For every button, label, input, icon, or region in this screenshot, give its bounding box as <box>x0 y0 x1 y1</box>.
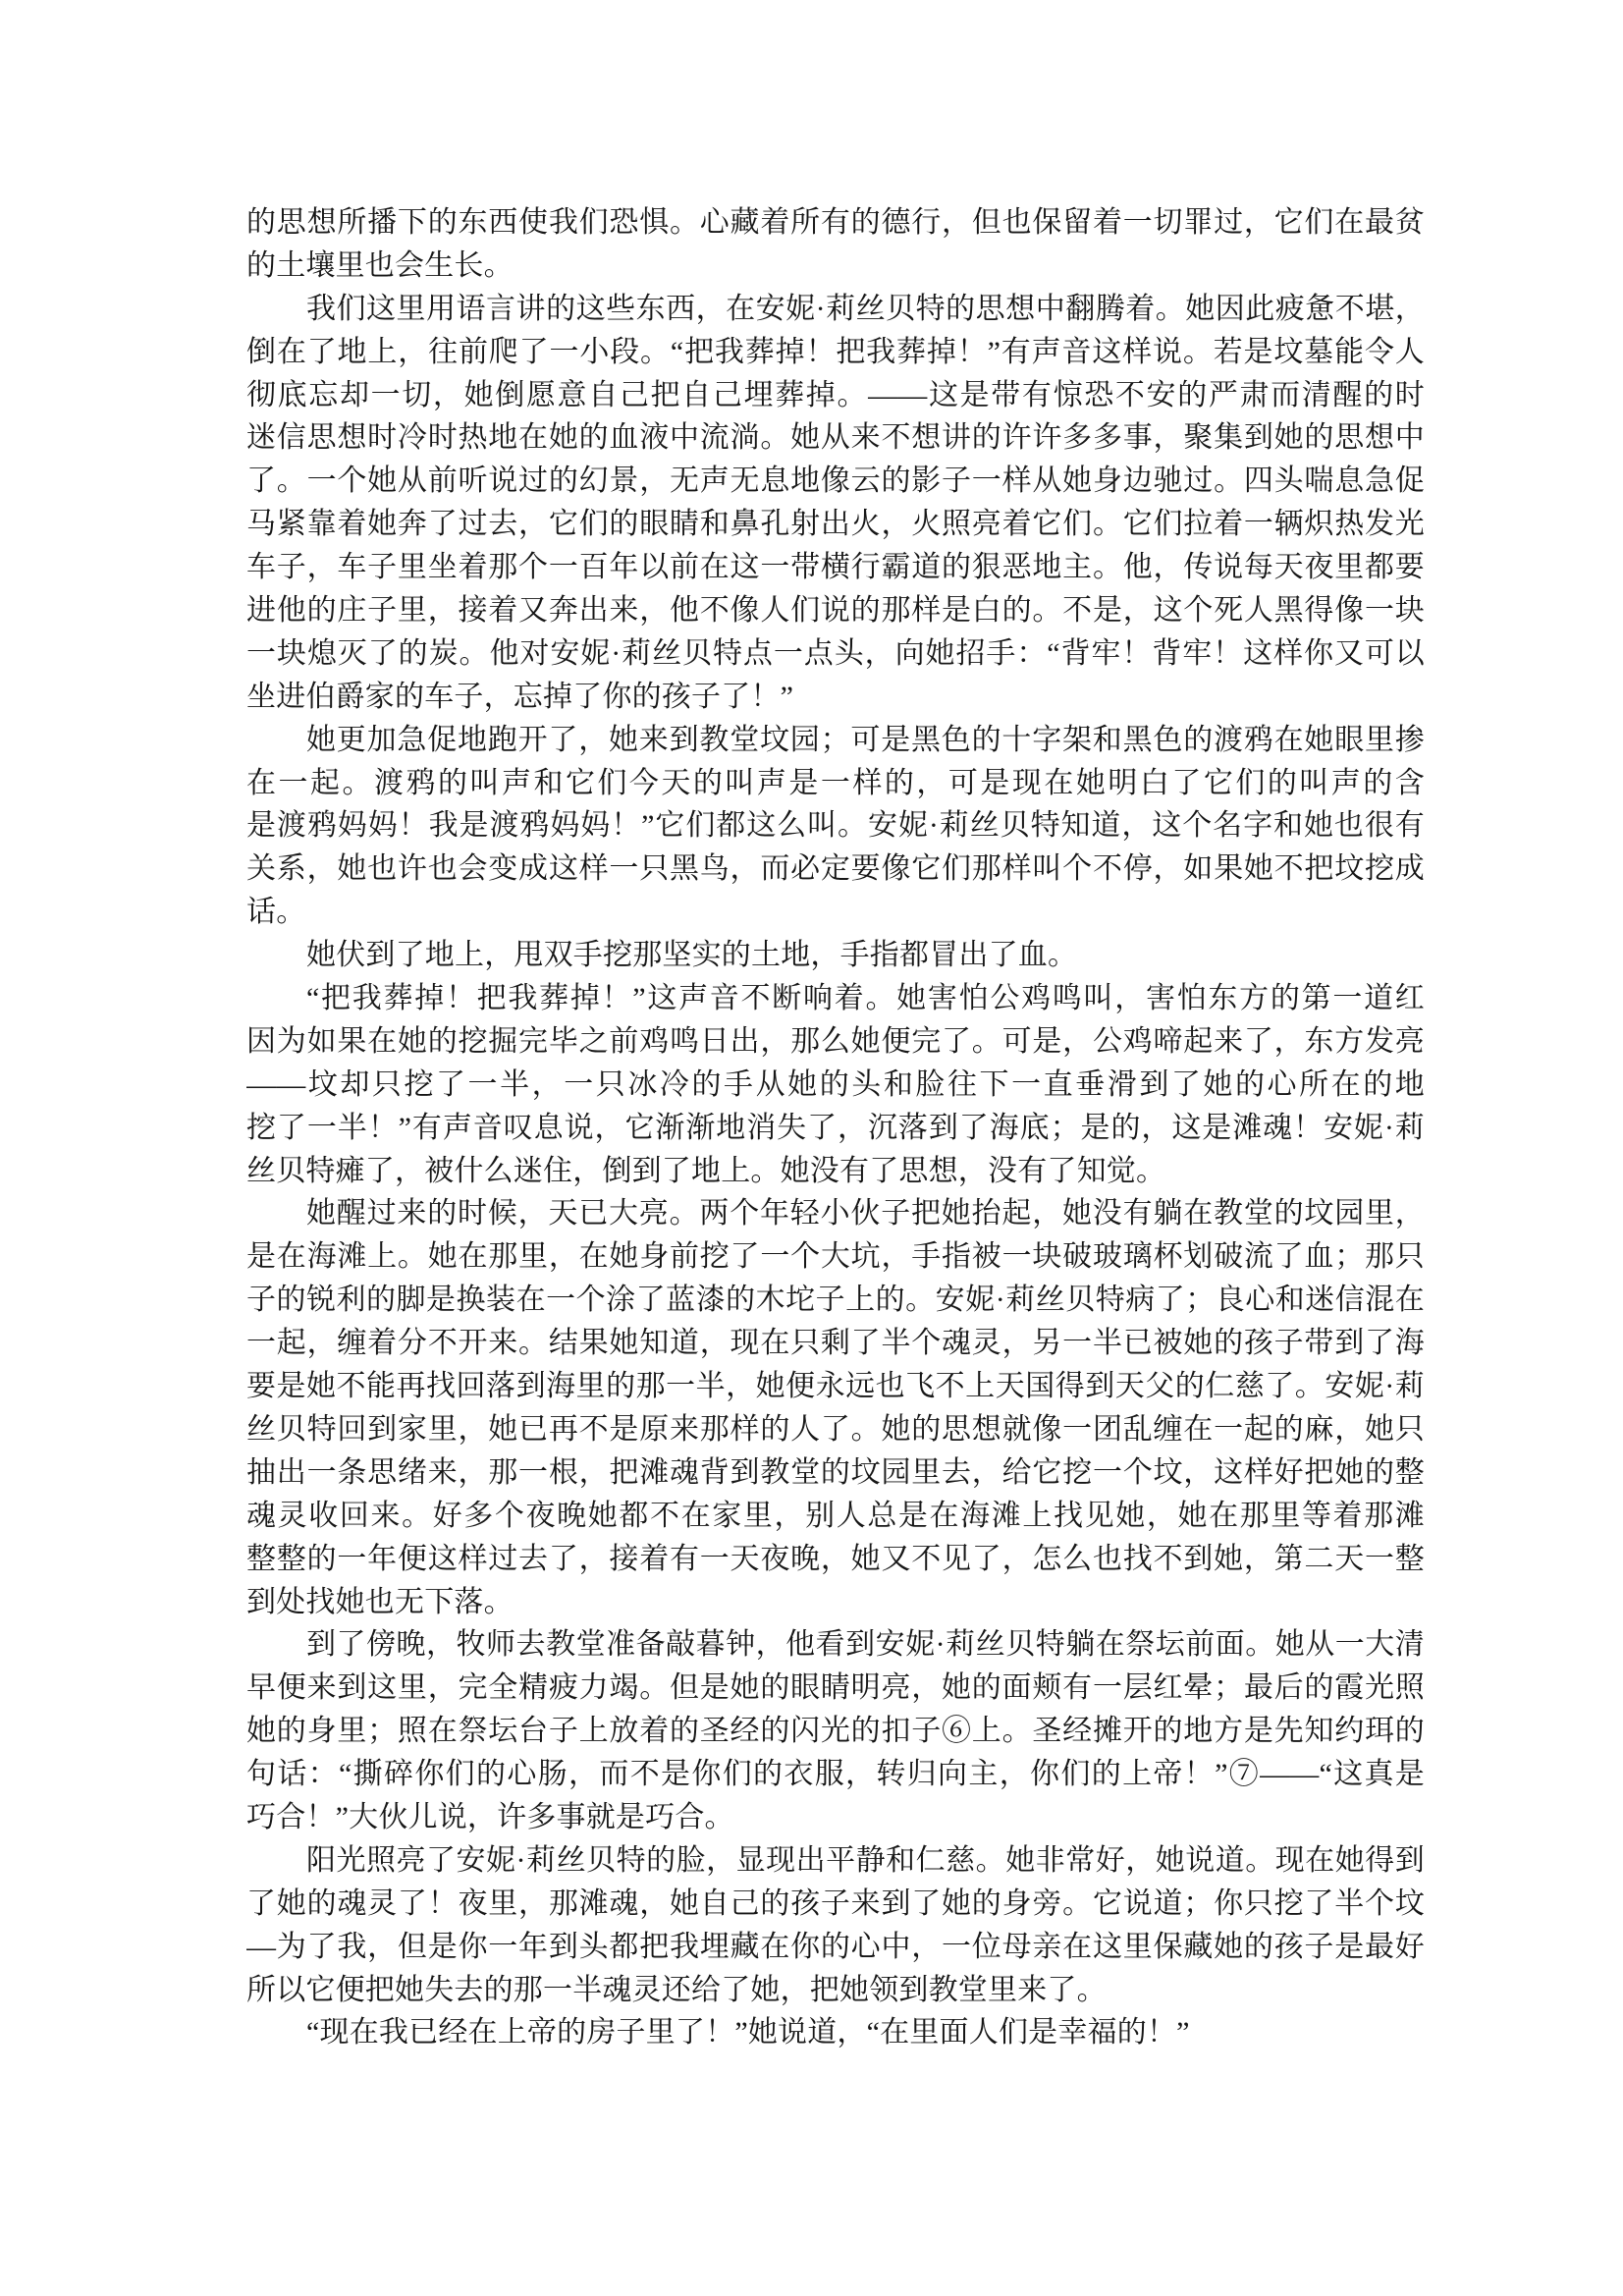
text-line: 坐进伯爵家的车子，忘掉了你的孩子了！” <box>246 676 1425 719</box>
text-line: 迷信思想时冷时热地在她的血液中流淌。她从来不想讲的许许多多事，聚集到她的思想中来 <box>246 416 1425 460</box>
text-line: 我们这里用语言讲的这些东西，在安妮·莉丝贝特的思想中翻腾着。她因此疲惫不堪， <box>246 288 1425 331</box>
text-line: 丝贝特瘫了，被什么迷住，倒到了地上。她没有了思想，没有了知觉。 <box>246 1150 1425 1193</box>
text-line: 早便来到这里，完全精疲力竭。但是她的眼睛明亮，她的面颊有一层红晕；最后的霞光照进 <box>246 1667 1425 1710</box>
text-line: 魂灵收回来。好多个夜晚她都不在家里，别人总是在海滩上找见她，她在那里等着那滩魂。 <box>246 1495 1425 1538</box>
text-line: 彻底忘却一切，她倒愿意自己把自己埋葬掉。——这是带有惊恐不安的严肃而清醒的时刻； <box>246 374 1425 417</box>
page-text: 的思想所播下的东西使我们恐惧。心藏着所有的德行，但也保留着一切罪过，它们在最贫瘠… <box>246 201 1425 2054</box>
text-line: 句话：“撕碎你们的心肠，而不是你们的衣服，转归向主，你们的上帝！”⑦——“这真是 <box>246 1753 1425 1796</box>
text-line: 了她的魂灵了！夜里，那滩魂，她自己的孩子来到了她的身旁。它说道；你只挖了半个坟— <box>246 1883 1425 1926</box>
text-line: “现在我已经在上帝的房子里了！”她说道，“在里面人们是幸福的！” <box>246 2011 1425 2054</box>
text-line: 阳光照亮了安妮·莉丝贝特的脸，显现出平静和仁慈。她非常好，她说道。现在她得到 <box>246 1839 1425 1883</box>
text-line: —为了我，但是你一年到头都把我埋藏在你的心中，一位母亲在这里保藏她的孩子是最好的… <box>246 1926 1425 1969</box>
text-line: 她更加急促地跑开了，她来到教堂坟园；可是黑色的十字架和黑色的渡鸦在她眼里掺混 <box>246 719 1425 762</box>
text-line: 抽出一条思绪来，那一根，把滩魂背到教堂的坟园里去，给它挖一个坟，这样好把她的整个 <box>246 1451 1425 1495</box>
text-line: 倒在了地上，往前爬了一小段。“把我葬掉！把我葬掉！”有声音这样说。若是坟墓能令人 <box>246 331 1425 374</box>
text-line: 是渡鸦妈妈！我是渡鸦妈妈！”它们都这么叫。安妮·莉丝贝特知道，这个名字和她也很有 <box>246 804 1425 847</box>
text-line: 话。 <box>246 891 1425 934</box>
text-line: ——坟却只挖了一半，一只冰冷的手从她的头和脸往下一直垂滑到了她的心所在的地方。“… <box>246 1064 1425 1107</box>
text-line: 到了傍晚，牧师去教堂准备敲暮钟，他看到安妮·莉丝贝特躺在祭坛前面。她从一大清 <box>246 1623 1425 1667</box>
text-line: 的思想所播下的东西使我们恐惧。心藏着所有的德行，但也保留着一切罪过，它们在最贫瘠 <box>246 201 1425 245</box>
text-line: 巧合！”大伙儿说，许多事就是巧合。 <box>246 1796 1425 1839</box>
text-line: 车子，车子里坐着那个一百年以前在这一带横行霸道的狠恶地主。他，传说每天夜里都要奔 <box>246 546 1425 589</box>
text-line: 她的身里；照在祭坛台子上放着的圣经的闪光的扣子⑥上。圣经摊开的地方是先知约珥的一 <box>246 1710 1425 1753</box>
text-line: 马紧靠着她奔了过去，它们的眼睛和鼻孔射出火，火照亮着它们。它们拉着一辆炽热发光的 <box>246 503 1425 546</box>
text-line: 她伏到了地上，甩双手挖那坚实的土地，手指都冒出了血。 <box>246 934 1425 977</box>
document-page: 的思想所播下的东西使我们恐惧。心藏着所有的德行，但也保留着一切罪过，它们在最贫瘠… <box>0 0 1623 2296</box>
text-line: 的土壤里也会生长。 <box>246 245 1425 288</box>
text-line: 子的锐利的脚是换装在一个涂了蓝漆的木坨子上的。安妮·莉丝贝特病了；良心和迷信混在 <box>246 1279 1425 1322</box>
text-line: 关系，她也许也会变成这样一只黑鸟，而必定要像它们那样叫个不停，如果她不把坟挖成的 <box>246 847 1425 891</box>
text-line: “把我葬掉！把我葬掉！”这声音不断响着。她害怕公鸡鸣叫，害怕东方的第一道红光， <box>246 977 1425 1020</box>
text-line: 是在海滩上。她在那里，在她身前挖了一个大坑，手指被一块破玻璃杯划破流了血；那只杯 <box>246 1235 1425 1279</box>
text-line: 所以它便把她失去的那一半魂灵还给了她，把她领到教堂里来了。 <box>246 1969 1425 2012</box>
text-line: 因为如果在她的挖掘完毕之前鸡鸣日出，那么她便完了。可是，公鸡啼起来了，东方发亮了 <box>246 1020 1425 1064</box>
text-line: 一块熄灭了的炭。他对安妮·莉丝贝特点一点头，向她招手：“背牢！背牢！这样你又可以 <box>246 632 1425 676</box>
text-line: 她醒过来的时候，天已大亮。两个年轻小伙子把她抬起，她没有躺在教堂的坟园里，而 <box>246 1192 1425 1235</box>
text-line: 了。一个她从前听说过的幻景，无声无息地像云的影子一样从她身边驰过。四头喘息急促的 <box>246 460 1425 503</box>
text-line: 要是她不能再找回落到海里的那一半，她便永远也飞不上天国得到天父的仁慈了。安妮·莉 <box>246 1365 1425 1408</box>
text-line: 到处找她也无下落。 <box>246 1581 1425 1624</box>
text-line: 丝贝特回到家里，她已再不是原来那样的人了。她的思想就像一团乱缠在一起的麻，她只能 <box>246 1408 1425 1451</box>
text-line: 在一起。渡鸦的叫声和它们今天的叫声是一样的，可是现在她明白了它们的叫声的含义：“… <box>246 762 1425 805</box>
text-line: 进他的庄子里，接着又奔出来，他不像人们说的那样是白的。不是，这个死人黑得像一块炭… <box>246 589 1425 632</box>
text-line: 挖了一半！”有声音叹息说，它渐渐地消失了，沉落到了海底；是的，这是滩魂！安妮·莉 <box>246 1107 1425 1150</box>
text-line: 一起，缠着分不开来。结果她知道，现在只剩了半个魂灵，另一半已被她的孩子带到了海底… <box>246 1322 1425 1365</box>
text-line: 整整的一年便这样过去了，接着有一天夜晚，她又不见了，怎么也找不到她，第二天一整天 <box>246 1538 1425 1581</box>
